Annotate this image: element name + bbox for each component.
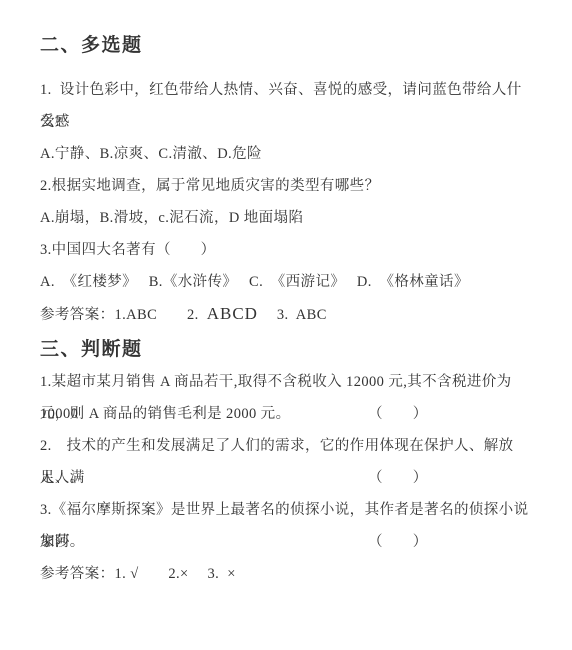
- tf-question2-line2: 足人。（ ）: [40, 462, 532, 494]
- mc-question1-options: A.宁静、B.凉爽、C.清澈、D.危险: [40, 138, 532, 170]
- tf-question1-line2: 元，则 A 商品的销售毛利是 2000 元。（ ）: [40, 398, 532, 430]
- tf-question1-text: 元，则 A 商品的销售毛利是 2000 元。: [40, 406, 290, 422]
- mc-answer-suffix: 3. ABC: [258, 307, 327, 323]
- tf-question3-answer-bracket: （ ）: [368, 526, 428, 558]
- section-heading-multiple-choice: 二、多选题: [40, 30, 532, 62]
- tf-answer-line: 参考答案：1. √ 2.× 3. ×: [40, 558, 532, 590]
- mc-answer-prefix: 参考答案：1.ABC 2.: [40, 307, 207, 323]
- tf-question1-answer-bracket: （ ）: [368, 398, 428, 430]
- tf-question2-answer-bracket: （ ）: [368, 462, 428, 494]
- tf-question1-line1: 1.某超市某月销售 A 商品若干,取得不含税收入 12000 元,其不含税进价为…: [40, 366, 532, 398]
- mc-answer-line: 参考答案：1.ABC 2. ABCD 3. ABC: [40, 298, 532, 330]
- tf-question2-text: 足人。: [40, 470, 85, 486]
- mc-question2-options: A.崩塌，B.滑坡，c.泥石流，D 地面塌陷: [40, 202, 532, 234]
- tf-question2-line1: 2. 技术的产生和发展满足了人们的需求，它的作用体现在保护人、解放人、满: [40, 430, 532, 462]
- mc-question2: 2.根据实地调查，属于常见地质灾害的类型有哪些？: [40, 170, 532, 202]
- tf-question3-line1: 3.《福尔摩斯探案》是世界上最著名的侦探小说，其作者是著名的侦探小说家阿: [40, 494, 532, 526]
- mc-question3-options: A. 《红楼梦》 B.《水浒传》 C. 《西游记》 D. 《格林童话》: [40, 266, 532, 298]
- section-heading-true-false: 三、判断题: [40, 334, 532, 366]
- mc-question3: 3.中国四大名著有（ ）: [40, 234, 532, 266]
- mc-question1-line2: 受?: [40, 106, 532, 138]
- tf-question3-line2: 加莎。（ ）: [40, 526, 532, 558]
- tf-question3-text: 加莎。: [40, 534, 85, 550]
- exam-document-page: 二、多选题 1. 设计色彩中，红色带给人热情、兴奋、喜悦的感受，请问蓝色带给人什…: [0, 0, 572, 650]
- mc-question1-line1: 1. 设计色彩中，红色带给人热情、兴奋、喜悦的感受，请问蓝色带给人什么感: [40, 74, 532, 106]
- mc-answer-highlight: ABCD: [207, 304, 258, 323]
